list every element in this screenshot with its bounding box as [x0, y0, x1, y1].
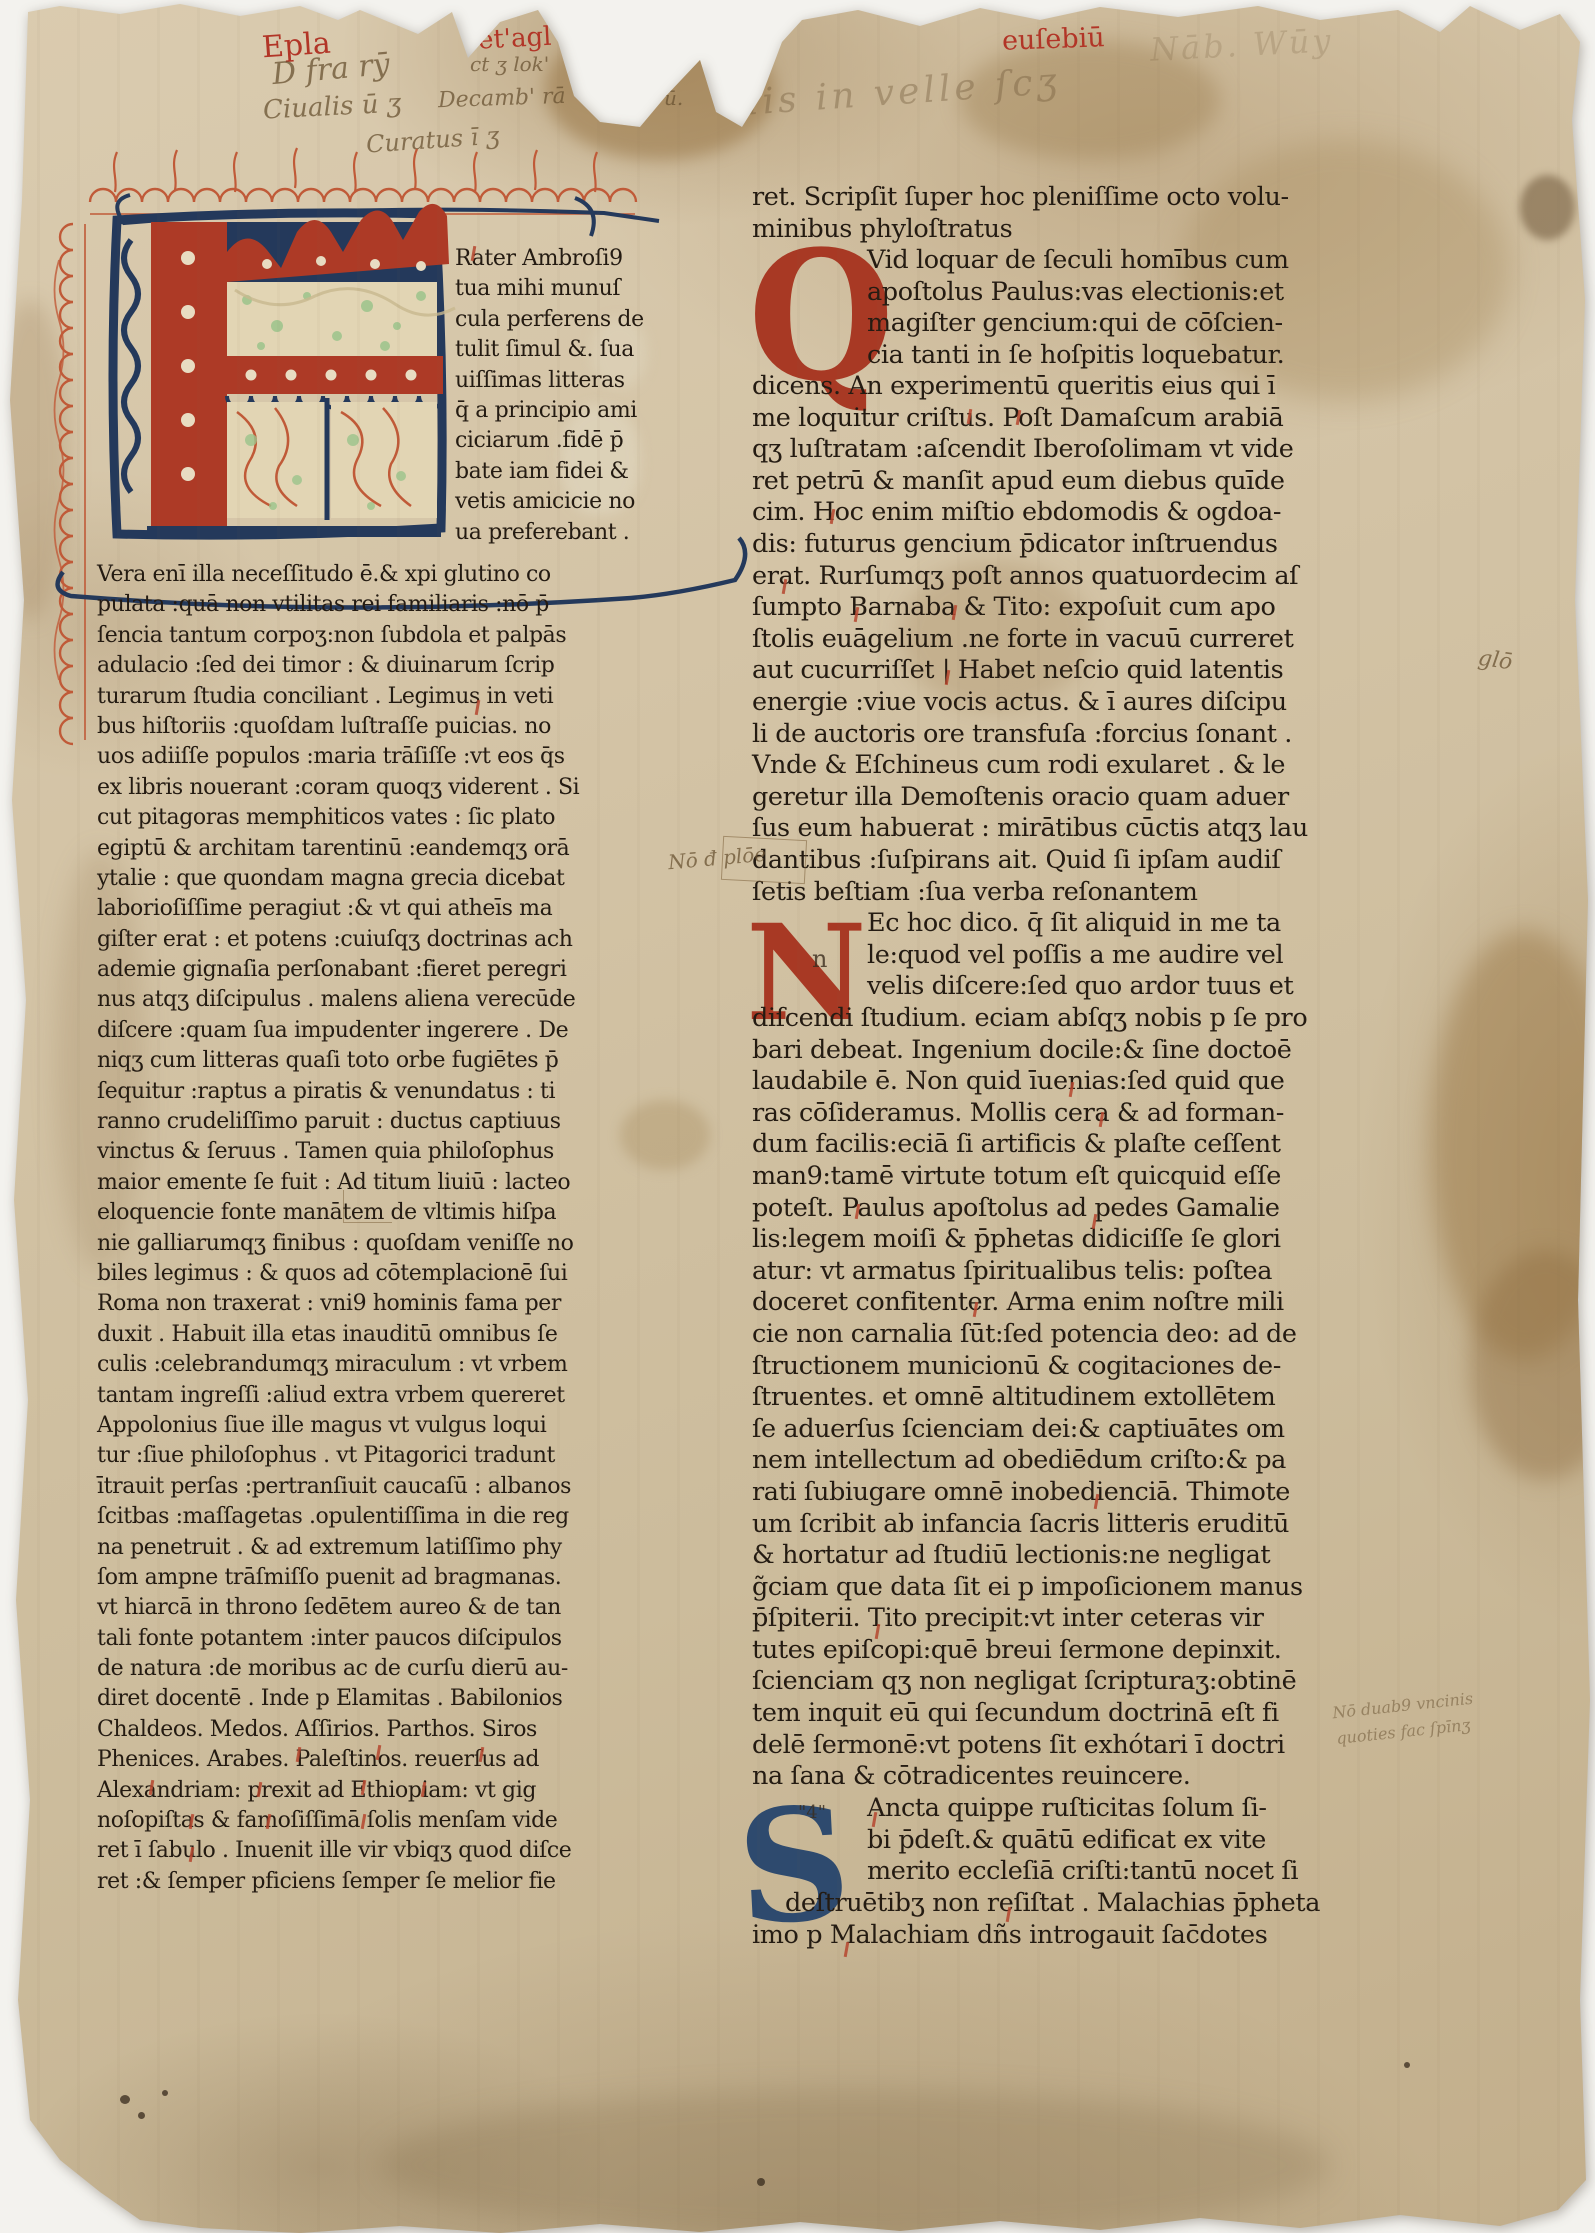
- text-line: ītrauit perſas :pertranſiuit caucaſū : a…: [97, 1472, 579, 1502]
- right-column-s-line4: deſtruētibʒ non reſiſtat . Malachias p̄p…: [785, 1888, 1320, 1920]
- text-line: man9:tamē virtute totum eſt quicquid eſſ…: [752, 1161, 1307, 1193]
- text-line: Vera enī illa neceſſitudo ē.& xpi glutin…: [97, 560, 579, 590]
- text-line: q̄ a principio ami: [455, 396, 644, 426]
- stain: [1520, 175, 1575, 240]
- text-line: rati ſubiugare omnē inobedienciā. Thimot…: [752, 1477, 1307, 1509]
- text-line: ſe aduerſus ſcienciam dei:& captiuātes o…: [752, 1414, 1307, 1446]
- handwritten-note: b' ſhorȳ .: [585, 45, 686, 77]
- right-column-top: ret. Scripſit ſuper hoc pleniſſime octo …: [752, 182, 1289, 245]
- text-line: pulata :quā non vtilitas rei familiaris …: [97, 590, 579, 620]
- text-line: Appolonius ſiue ille magus vt vulgus loq…: [97, 1411, 579, 1441]
- text-line: noſopiſtas & famoſiſſimā ſolis menſam vi…: [97, 1806, 579, 1836]
- text-line: ſcienciam qʒ non negligat ſcripturaʒ:obt…: [752, 1666, 1307, 1698]
- text-line: Roma non traxerat : vni9 hominis fama pe…: [97, 1289, 579, 1319]
- text-line: bi p̄deſt.& quātū edificat ex vite: [867, 1825, 1298, 1857]
- right-column-n-paragraph: diſcendi ſtudium. eciam abſqʒ nobis p ſe…: [752, 1003, 1307, 1793]
- right-column-n-paragraph-indent: Ec hoc dico. q̄ ſit aliquid in me tale:q…: [867, 908, 1293, 1003]
- right-column-q-paragraph: dicens. An experimentū queritis eius qui…: [752, 371, 1308, 908]
- text-line: egiptū & architam tarentinū :eandemqʒ or…: [97, 834, 579, 864]
- text-line: ſequitur :raptus a piratis & venundatus …: [97, 1077, 579, 1107]
- ink-spot: [138, 2112, 145, 2119]
- text-line: dicens. An experimentū queritis eius qui…: [752, 371, 1308, 403]
- text-line: poteſt. Paulus apoſtolus ad pedes Gamali…: [752, 1193, 1307, 1225]
- text-line: atur: vt armatus ſpiritualibus telis: po…: [752, 1256, 1307, 1288]
- handwritten-note: Decamb' rā: [438, 84, 567, 113]
- text-line: ex libris nouerant :coram quoqʒ viderent…: [97, 773, 579, 803]
- text-line: duxit . Habuit illa etas inauditū omnibu…: [97, 1320, 579, 1350]
- text-line: ras cōſideramus. Mollis cera & ad forman…: [752, 1098, 1307, 1130]
- text-line: deſtruētibʒ non reſiſtat . Malachias p̄p…: [785, 1888, 1320, 1920]
- text-line: nie galliarumqʒ finibus : quoſdam veniſſ…: [97, 1229, 579, 1259]
- faded-inscription: his in velle ſcʒ: [734, 61, 1062, 125]
- guide-letter-s: "4": [798, 1802, 826, 1823]
- text-line: imo p Malachiam dñs introgauit ſac̄dotes: [752, 1920, 1267, 1952]
- text-line: cim. Hoc enim miſtio ebdomodis & ogdoa-: [752, 497, 1308, 529]
- text-line: velis diſcere:ſed quo ardor tuus et: [867, 971, 1293, 1003]
- text-line: ret petrū & manſit apud eum diebus quīde: [752, 466, 1308, 498]
- text-line: erat. Rurſumqʒ poſt annos quatuordecim a…: [752, 561, 1308, 593]
- text-line: aut cucurriſſet | Habet neſcio quid late…: [752, 655, 1308, 687]
- text-line: diret docentē . Inde p Elamitas . Babilo…: [97, 1684, 579, 1714]
- text-line: bus hiſtoriis :quoſdam luſtraſſe puicias…: [97, 712, 579, 742]
- text-line: apoſtolus Paulus:vas electionis:et: [867, 277, 1289, 309]
- handwritten-note: ct ʒ lok': [470, 52, 549, 76]
- text-line: diſcendi ſtudium. eciam abſqʒ nobis p ſe…: [752, 1003, 1307, 1035]
- text-line: de natura :de moribus ac de curſu dierū …: [97, 1654, 579, 1684]
- stain: [1470, 1250, 1595, 1480]
- leaf-wrapper: Epla et'agl'o ad euſebiū D fra rȳ Ciuali…: [0, 0, 1595, 2233]
- text-line: p̄ſpiterii. Tito precipit:vt inter ceter…: [752, 1603, 1307, 1635]
- stain: [380, 2090, 1330, 2233]
- text-line: ſom ampne trāſmiſſo puenit ad bragmanas.: [97, 1563, 579, 1593]
- handwritten-note: lorū.: [636, 86, 683, 110]
- text-line: turarum ſtudia conciliant . Legimus in v…: [97, 682, 579, 712]
- text-line: cut pitagoras memphiticos vates : ſic pl…: [97, 803, 579, 833]
- text-line: biles legimus : & quos ad cōtemplacionē …: [97, 1259, 579, 1289]
- text-line: Rater Ambroſi9: [455, 244, 644, 274]
- right-column-s-paragraph-indent: Ancta quippe ruſticitas ſolum ſi-bi p̄de…: [867, 1793, 1298, 1888]
- text-line: uiſſimas litteras: [455, 366, 644, 396]
- text-line: Alexandriam: prexit ad Ethiopiam: vt gig: [97, 1776, 579, 1806]
- text-line: Ec hoc dico. q̄ ſit aliquid in me ta: [867, 908, 1293, 940]
- text-line: ſus eum habuerat : mirātibus cūctis atqʒ…: [752, 813, 1308, 845]
- text-line: tali fonte potantem :inter paucos diſcip…: [97, 1624, 579, 1654]
- text-line: ciciarum .fidē p̄: [455, 426, 644, 456]
- text-line: delē ſermonē:vt potens ſit exhótari ī do…: [752, 1730, 1307, 1762]
- text-line: nem intellectum ad obediēdum criſto:& pa: [752, 1445, 1307, 1477]
- heading-annotation-evanglo: et'agl'o ad: [477, 18, 615, 55]
- text-line: ua preferebant .: [455, 518, 644, 548]
- text-line: lis:legem moiſi & p̄phetas didiciſſe ſe …: [752, 1224, 1307, 1256]
- text-line: nus atqʒ diſcipulus . malens aliena vere…: [97, 985, 579, 1015]
- faded-inscription: Nāb. Wūy: [1149, 21, 1334, 69]
- text-line: laborioſiſſime peragiut :& vt qui atheīs…: [97, 894, 579, 924]
- text-line: dis: futurus gencium p̄dicator inſtruend…: [752, 529, 1308, 561]
- text-line: Phenices. Arabes. Paleſtinos. reuerſus a…: [97, 1745, 579, 1775]
- text-line: tua mihi munuſ: [455, 274, 644, 304]
- text-line: & hortatur ad ſtudiū lectionis:ne neglig…: [752, 1540, 1307, 1572]
- text-line: ytalie : que quondam magna grecia diceba…: [97, 864, 579, 894]
- text-line: tulit ſimul &. ſua: [455, 335, 644, 365]
- text-line: ſencia tantum corpoʒ:non ſubdola et palp…: [97, 621, 579, 651]
- stain: [620, 1100, 710, 1170]
- text-line: uos adiiſſe populos :maria trāſiſſe :vt …: [97, 742, 579, 772]
- text-line: diſcere :quam ſua impudenter ingerere . …: [97, 1016, 579, 1046]
- text-line: giſter erat : et potens :cuiuſqʒ doctrin…: [97, 925, 579, 955]
- text-line: ranno crudeliſſimo paruit : ductus capti…: [97, 1107, 579, 1137]
- text-line: ret ī ſabulo . Inuenit ille vir vbiqʒ qu…: [97, 1836, 579, 1866]
- stain: [1430, 930, 1595, 1360]
- text-line: na ſana & cōtradicentes reuincere.: [752, 1761, 1307, 1793]
- ink-spot: [1404, 2062, 1410, 2068]
- text-line: li de auctoris ore transfuſa :forcius ſo…: [752, 719, 1308, 751]
- text-line: bari debeat. Ingenium docile:& ſine doct…: [752, 1035, 1307, 1067]
- text-line: culis :celebrandumqʒ miraculum : vt vrbe…: [97, 1350, 579, 1380]
- ad-titum-annotation-box: [343, 1190, 392, 1223]
- text-line: me loquitur criſtus. Poſt Damaſcum arabi…: [752, 403, 1308, 435]
- text-line: Chaldeos. Medos. Aſſirios. Parthos. Siro…: [97, 1715, 579, 1745]
- text-line: vetis amicicie no: [455, 487, 644, 517]
- text-line: tutes epiſcopi:quē breui ſermone depinxi…: [752, 1635, 1307, 1667]
- text-line: cie non carnalia ſūt:ſed potencia deo: a…: [752, 1319, 1307, 1351]
- right-column-s-line5: imo p Malachiam dñs introgauit ſac̄dotes: [752, 1920, 1267, 1952]
- text-line: dum facilis:eciā ſi artificis & plaſte c…: [752, 1129, 1307, 1161]
- left-column-beside-initial: Rater Ambroſi9tua mihi munuſcula perfere…: [455, 244, 644, 548]
- text-line: ſtructionem municionū & cogitaciones de-: [752, 1351, 1307, 1383]
- text-line: le:quod vel poſſis a me audire vel: [867, 940, 1293, 972]
- text-line: geretur illa Demoſtenis oracio quam adue…: [752, 782, 1308, 814]
- text-line: doceret confitenter. Arma enim noſtre mi…: [752, 1287, 1307, 1319]
- heading-annotation-eusebiu: euſebiū: [1001, 22, 1105, 57]
- text-line: tantam ingreſſi :aliud extra vrbem quere…: [97, 1381, 579, 1411]
- text-line: Vid loquar de ſeculi homībus cum: [867, 245, 1289, 277]
- text-line: maior emente ſe fuit : Ad titum liuiū : …: [97, 1168, 579, 1198]
- text-line: qʒ luſtratam :aſcendit Iberoſolimam vt v…: [752, 434, 1308, 466]
- text-line: minibus phyloſtratus: [752, 214, 1289, 246]
- scan-background: Epla et'agl'o ad euſebiū D fra rȳ Ciuali…: [0, 0, 1595, 2233]
- text-line: Vnde & Eſchineus cum rodi exularet . & l…: [752, 750, 1308, 782]
- text-line: vinctus & ſeruus . Tamen quia philoſophu…: [97, 1137, 579, 1167]
- ink-spot: [162, 2090, 168, 2096]
- text-line: laudabile ē. Non quid īuenias:ſed quid q…: [752, 1066, 1307, 1098]
- text-line: ſcitbas :maſſagetas .opulentiſſima in di…: [97, 1502, 579, 1532]
- text-line: na penetruit . & ad extremum latiſſimo p…: [97, 1533, 579, 1563]
- text-line: ret :& ſemper pficiens ſemper ſe melior …: [97, 1867, 579, 1897]
- text-line: energie :viue vocis actus. & ī aures diſ…: [752, 687, 1308, 719]
- stain: [545, 20, 775, 160]
- text-line: magiſter gencium:qui de cōſcien-: [867, 308, 1289, 340]
- ink-spot: [757, 2178, 765, 2186]
- text-line: cia tanti in ſe hoſpitis loquebatur.: [867, 340, 1289, 372]
- guide-letter-n: n: [812, 945, 827, 973]
- margin-note-glo: glō: [1476, 646, 1514, 676]
- text-line: tur :ſiue philoſophus . vt Pitagorici tr…: [97, 1441, 579, 1471]
- text-line: ademie gignaſia perſonabant :fieret pere…: [97, 955, 579, 985]
- text-line: niqʒ cum litteras quaſi toto orbe fugiēt…: [97, 1046, 579, 1076]
- text-line: ſetis beſtiam :ſua verba reſonantem: [752, 877, 1308, 909]
- handwritten-note: Ciualis ū ʒ: [262, 88, 402, 125]
- left-column-body: Vera enī illa neceſſitudo ē.& xpi glutin…: [97, 560, 579, 1897]
- text-line: g̃ciam que data ſit ei p impoſicionem ma…: [752, 1572, 1307, 1604]
- text-line: ret. Scripſit ſuper hoc pleniſſime octo …: [752, 182, 1289, 214]
- text-line: vt hiarcā in throno ſedētem aureo & de t…: [97, 1593, 579, 1623]
- text-line: Ancta quippe ruſticitas ſolum ſi-: [867, 1793, 1298, 1825]
- text-line: ſtruentes. et omnē altitudinem extollēte…: [752, 1382, 1307, 1414]
- manuscript-leaf: Epla et'agl'o ad euſebiū D fra rȳ Ciuali…: [0, 0, 1595, 2233]
- text-line: merito eccleſiā criſti:tantū nocet ſi: [867, 1856, 1298, 1888]
- text-line: cula perferens de: [455, 305, 644, 335]
- text-line: eloquencie fonte manātem de vltimis hiſp…: [97, 1198, 579, 1228]
- text-line: dantibus :ſuſpirans ait. Quid ſi ipſam a…: [752, 845, 1308, 877]
- text-line: adulacio :ſed dei timor : & diuinarum ſc…: [97, 651, 579, 681]
- right-column-q-paragraph-indent: Vid loquar de ſeculi homībus cumapoſtolu…: [867, 245, 1289, 371]
- text-line: tem inquit eū qui ſecundum doctrinā eſt …: [752, 1698, 1307, 1730]
- text-line: ſumpto Barnaba & Tito: expoſuit cum apo: [752, 592, 1308, 624]
- ink-spot: [120, 2095, 130, 2104]
- text-line: ſtolis euāgelium .ne forte in vacuū curr…: [752, 624, 1308, 656]
- text-line: bate iam fidei &: [455, 457, 644, 487]
- text-line: um ſcribit ab infancia ſacris litteris e…: [752, 1509, 1307, 1541]
